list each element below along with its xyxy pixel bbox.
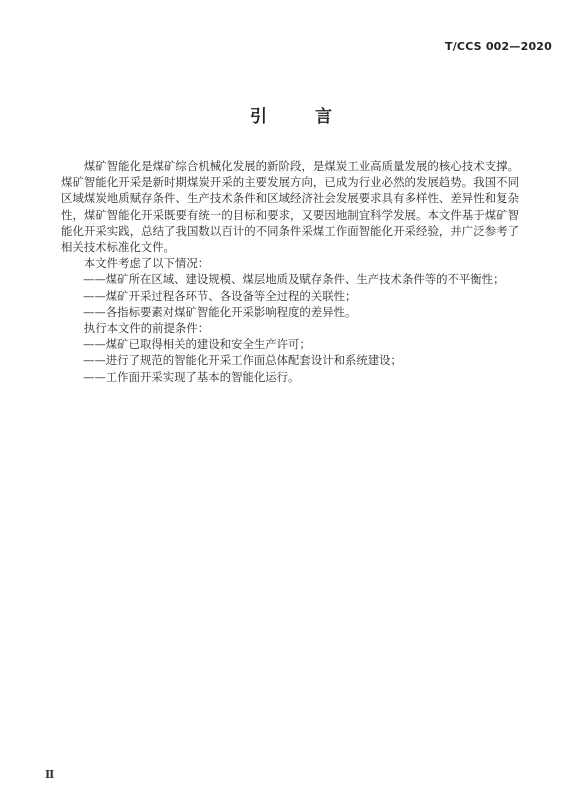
document-body: 煤矿智能化是煤矿综合机械化发展的新阶段，是煤炭工业高质量发展的核心技术支撑。煤矿… xyxy=(61,158,519,385)
page-number: Ⅱ xyxy=(45,768,54,781)
consideration-item: ——煤矿所在区域、建设规模、煤层地质及赋存条件、生产技术条件等的不平衡性； xyxy=(61,271,519,287)
considerations-heading: 本文件考虑了以下情况： xyxy=(61,255,519,271)
consideration-item: ——煤矿开采过程各环节、各设备等全过程的关联性； xyxy=(61,288,519,304)
page-title: 引言 xyxy=(0,102,582,127)
prerequisite-item: ——工作面开采实现了基本的智能化运行。 xyxy=(61,369,519,385)
standard-number: T/CCS 002—2020 xyxy=(445,40,552,53)
prerequisite-item: ——进行了规范的智能化开采工作面总体配套设计和系统建设； xyxy=(61,352,519,368)
consideration-item: ——各指标要素对煤矿智能化开采影响程度的差异性。 xyxy=(61,304,519,320)
prerequisites-heading: 执行本文件的前提条件： xyxy=(61,320,519,336)
prerequisite-item: ——煤矿已取得相关的建设和安全生产许可； xyxy=(61,336,519,352)
intro-paragraph: 煤矿智能化是煤矿综合机械化发展的新阶段，是煤炭工业高质量发展的核心技术支撑。煤矿… xyxy=(61,158,519,255)
